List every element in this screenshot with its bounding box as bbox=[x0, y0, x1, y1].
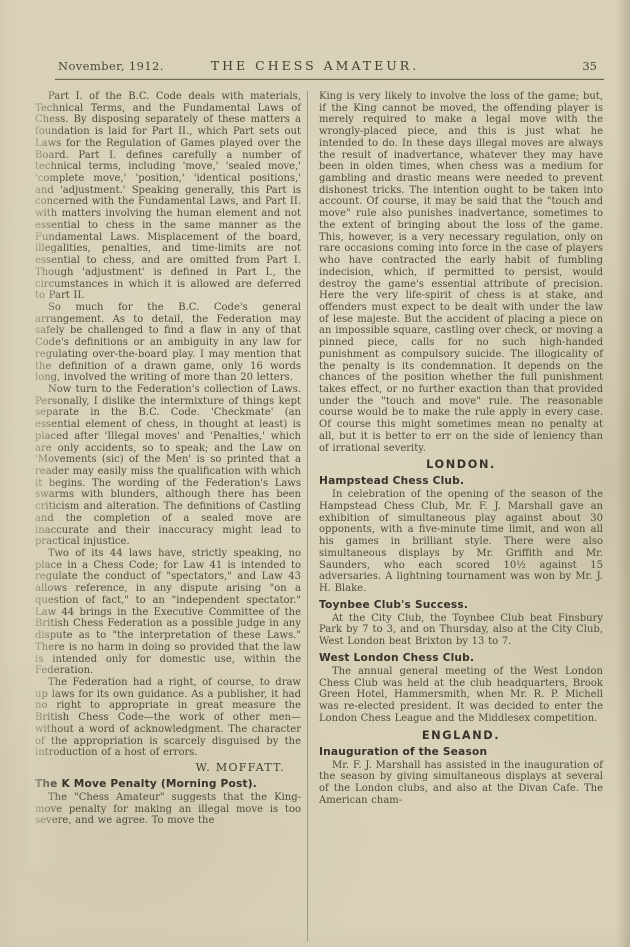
author-signature: W. MOFFATT. bbox=[35, 761, 285, 774]
article-columns: Part I. of the B.C. Code deals with mate… bbox=[35, 91, 603, 941]
paragraph: In celebration of the opening of the sea… bbox=[319, 489, 603, 594]
paragraph: So much for the B.C. Code's general arra… bbox=[35, 302, 301, 384]
column-divider-rule bbox=[307, 91, 308, 941]
paragraph: Two of its 44 laws have, strictly speaki… bbox=[35, 548, 301, 677]
section-heading-england: ENGLAND. bbox=[319, 729, 603, 742]
paragraph: Mr. F. J. Marshall has assisted in the i… bbox=[319, 760, 603, 807]
paragraph: The "Chess Amateur" suggests that the Ki… bbox=[35, 792, 301, 827]
header-title: THE CHESS AMATEUR. bbox=[0, 58, 630, 73]
paragraph: The Federation had a right, of course, t… bbox=[35, 677, 301, 759]
paragraph: The annual general meeting of the West L… bbox=[319, 666, 603, 725]
section-heading-k-move-penalty: The K Move Penalty (Morning Post). bbox=[35, 778, 301, 790]
section-heading-london: LONDON. bbox=[319, 458, 603, 471]
section-heading-inauguration-of-the-season: Inauguration of the Season bbox=[319, 746, 603, 758]
section-heading-west-london-chess-club: West London Chess Club. bbox=[319, 652, 603, 664]
section-heading-toynbee-club-success: Toynbee Club's Success. bbox=[319, 599, 603, 611]
paragraph: Part I. of the B.C. Code deals with mate… bbox=[35, 91, 301, 302]
paragraph: Now turn to the Federation's collection … bbox=[35, 384, 301, 548]
header-rule bbox=[55, 79, 604, 80]
header-page-number: 35 bbox=[582, 59, 597, 73]
right-column: King is very likely to involve the loss … bbox=[308, 91, 603, 941]
section-heading-hampstead-chess-club: Hampstead Chess Club. bbox=[319, 475, 603, 487]
left-column: Part I. of the B.C. Code deals with mate… bbox=[35, 91, 301, 941]
paragraph: At the City Club, the Toynbee Club beat … bbox=[319, 613, 603, 648]
magazine-page: November, 1912. THE CHESS AMATEUR. 35 Pa… bbox=[0, 0, 630, 947]
paragraph-continuation: King is very likely to involve the loss … bbox=[319, 91, 603, 454]
